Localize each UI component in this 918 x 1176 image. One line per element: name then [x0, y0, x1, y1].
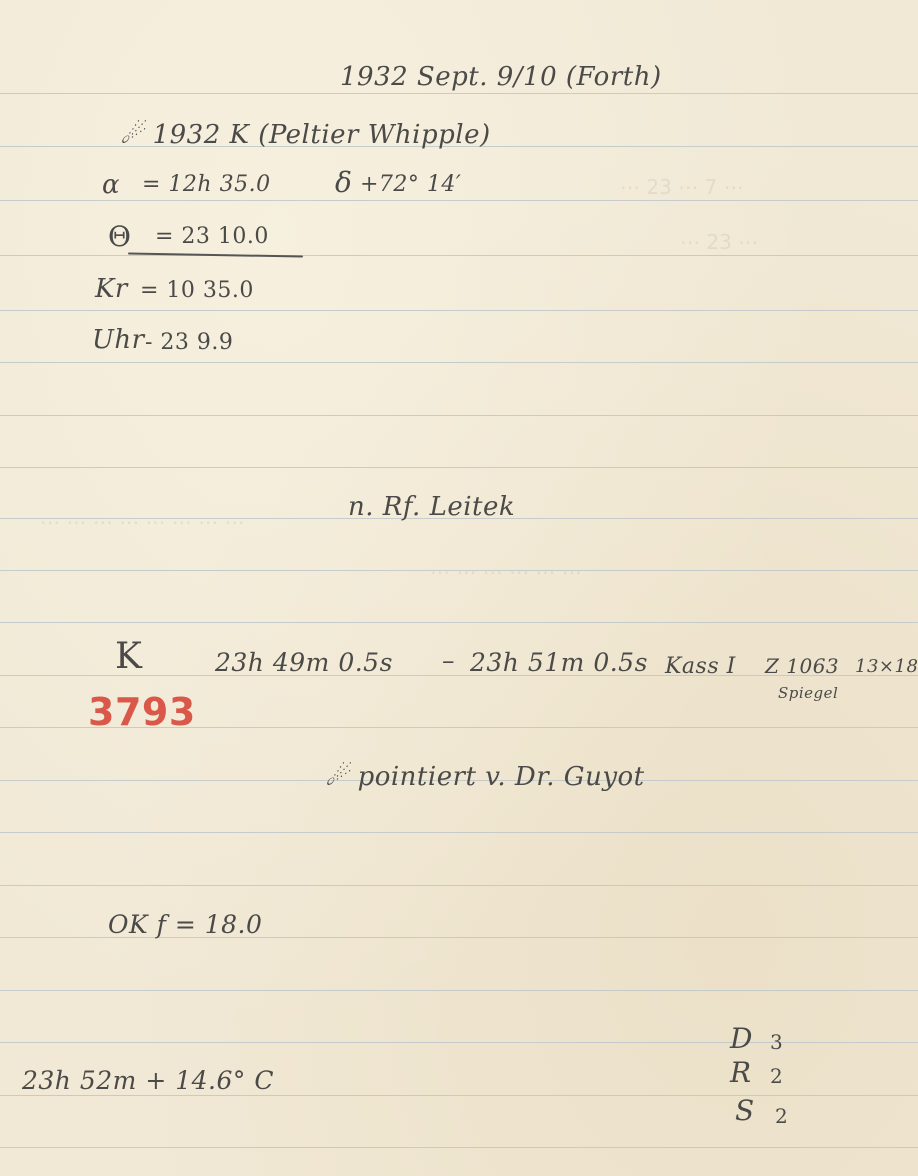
ruled-line [0, 885, 918, 886]
section-title: n. Rf. Leitek [348, 492, 515, 522]
bleed-through-text: ⋯ ⋯ ⋯ ⋯ ⋯ ⋯ ⋯ ⋯ [40, 510, 245, 534]
ruled-line [0, 990, 918, 991]
alpha-label: α [102, 170, 120, 200]
plate-prefix: K [115, 636, 142, 677]
ruled-line [0, 93, 918, 94]
exposure-end: 23h 51m 0.5s [470, 648, 648, 677]
ruled-line [0, 415, 918, 416]
ruled-line [0, 255, 918, 256]
rating-d-label: D [730, 1022, 753, 1055]
plate-number-red: 3793 [88, 690, 196, 734]
pointing-note: ☄ pointiert v. Dr. Guyot [325, 762, 645, 792]
ruled-line [0, 1095, 918, 1096]
ruled-line [0, 622, 918, 623]
plate-note: Spiegel [778, 684, 838, 702]
plate-size: 13×18 [855, 656, 918, 677]
alpha-value: = 12h 35.0 [142, 172, 271, 197]
rating-r-value: 2 [770, 1064, 783, 1088]
bleed-through-text: ⋯ 23 ⋯ [680, 230, 758, 254]
rating-r-label: R [730, 1056, 752, 1089]
theta-value: = 23 10.0 [155, 224, 269, 249]
rating-d-value: 3 [770, 1030, 783, 1054]
notebook-page: ⋯ 23 ⋯ 7 ⋯ ⋯ 23 ⋯ ⋯ ⋯ ⋯ ⋯ ⋯ ⋯ ⋯ ⋯ ⋯ ⋯ ⋯ … [0, 0, 918, 1176]
theta-label: Θ [108, 220, 131, 253]
rating-s-value: 2 [775, 1104, 788, 1128]
kr-label: Kr [95, 274, 128, 304]
delta-value: +72° 14′ [360, 172, 461, 197]
ok-focus-line: OK f = 18.0 [108, 910, 262, 939]
bleed-through-text: ⋯ 23 ⋯ 7 ⋯ [620, 175, 744, 199]
ruled-line [0, 832, 918, 833]
rating-s-label: S [735, 1094, 755, 1127]
temperature-line: 23h 52m + 14.6° C [22, 1066, 274, 1095]
comet-designation: ☄ 1932 K (Peltier Whipple) [120, 120, 491, 150]
uhr-label: Uhr [92, 325, 145, 355]
ruled-line [0, 200, 918, 201]
exposure-dash: – [442, 646, 455, 675]
ruled-line [0, 467, 918, 468]
ruled-line [0, 362, 918, 363]
bleed-through-text: ⋯ ⋯ ⋯ ⋯ ⋯ ⋯ [430, 560, 582, 584]
kr-value: = 10 35.0 [140, 278, 254, 303]
camera-name: Kass I [665, 654, 736, 679]
exposure-start: 23h 49m 0.5s [215, 648, 393, 677]
page-header-date: 1932 Sept. 9/10 (Forth) [340, 62, 662, 92]
uhr-value: - 23 9.9 [145, 330, 233, 355]
plate-id: Z 1063 [765, 654, 839, 678]
ruled-line [0, 310, 918, 311]
ruled-line [0, 1147, 918, 1148]
delta-label: δ [335, 166, 352, 199]
